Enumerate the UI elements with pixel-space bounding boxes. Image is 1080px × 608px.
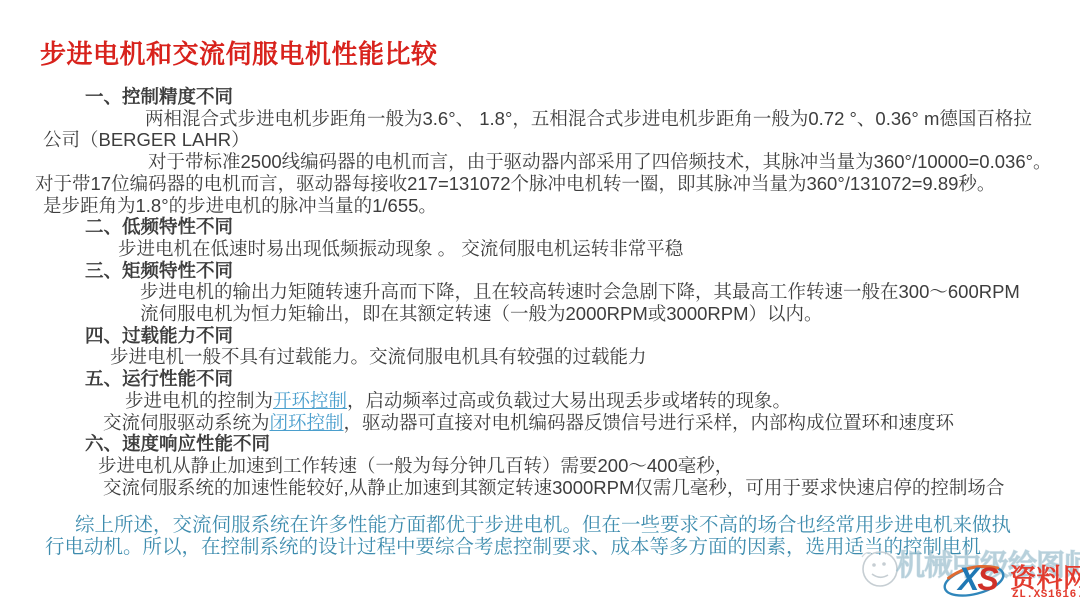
closed-loop-control-link[interactable]: 闭环控制 — [270, 412, 344, 433]
text-line: 步进电机的输出力矩随转速升高而下降，且在较高转速时会急剧下降，其最高工作转速一般… — [140, 281, 1048, 303]
logo-letter-x: X — [958, 561, 977, 597]
site-url-text: ZL.XS1616.COM — [1012, 589, 1080, 601]
text-line: 流伺服电机为恒力矩输出，即在其额定转速（一般为2000RPM或3000RPM）以… — [140, 303, 1048, 325]
section-2-heading: 二、低频特性不同 — [85, 216, 1048, 238]
text-segment: ，启动频率过高或负载过大易出现丢步或堵转的现象。 — [347, 390, 791, 411]
site-logo: XS 资料网 ZL.XS1616.COM — [940, 552, 1080, 608]
text-line: 是步距角为1.8°的步进电机的脉冲当量的1/655。 — [43, 195, 1048, 217]
text-line: 对于带标准2500线编码器的电机而言，由于驱动器内部采用了四倍频技术，其脉冲当量… — [148, 151, 1048, 173]
logo-letter-s: S — [977, 561, 996, 597]
section-4-heading: 四、过载能力不同 — [85, 325, 1048, 347]
text-segment: 交流伺服驱动系统为 — [103, 412, 270, 433]
text-segment: ，驱动器可直接对电机编码器反馈信号进行采样，内部构成位置环和速度环 — [344, 412, 955, 433]
slide-body: 一、控制精度不同 两相混合式步进电机步距角一般为3.6°、 1.8°，五相混合式… — [43, 86, 1048, 498]
section-1-heading: 一、控制精度不同 — [85, 86, 1048, 108]
slide-page: 步进电机和交流伺服电机性能比较 一、控制精度不同 两相混合式步进电机步距角一般为… — [0, 0, 1080, 608]
text-line: 步进电机一般不具有过载能力。交流伺服电机具有较强的过载能力 — [110, 346, 1048, 368]
section-5-heading: 五、运行性能不同 — [85, 368, 1048, 390]
text-line: 两相混合式步进电机步距角一般为3.6°、 1.8°，五相混合式步进电机步距角一般… — [145, 108, 1048, 130]
open-loop-control-link[interactable]: 开环控制 — [273, 390, 347, 411]
text-line: 交流伺服驱动系统为闭环控制，驱动器可直接对电机编码器反馈信号进行采样，内部构成位… — [103, 412, 1048, 434]
text-line: 步进电机的控制为开环控制，启动频率过高或负载过大易出现丢步或堵转的现象。 — [125, 390, 1048, 412]
text-line: 交流伺服系统的加速性能较好,从静止加速到其额定转速3000RPM仅需几毫秒，可用… — [103, 477, 1048, 499]
text-line: 步进电机从静止加速到工作转速（一般为每分钟几百转）需要200～400毫秒， — [98, 455, 1048, 477]
logo-xs-text: XS — [958, 561, 997, 598]
summary-line: 综上所述，交流伺服系统在许多性能方面都优于步进电机。但在一些要求不高的场合也经常… — [75, 514, 1065, 536]
section-3-heading: 三、矩频特性不同 — [85, 260, 1048, 282]
text-segment: 步进电机的控制为 — [125, 390, 273, 411]
page-title: 步进电机和交流伺服电机性能比较 — [40, 34, 438, 71]
text-line: 对于带17位编码器的电机而言，驱动器每接收217=131072个脉冲电机转一圈，… — [35, 173, 1048, 195]
text-line: 步进电机在低速时易出现低频振动现象 。 交流伺服电机运转非常平稳 — [118, 238, 1048, 260]
section-6-heading: 六、速度响应性能不同 — [85, 433, 1048, 455]
text-line: 公司（BERGER LAHR） — [43, 129, 1048, 151]
